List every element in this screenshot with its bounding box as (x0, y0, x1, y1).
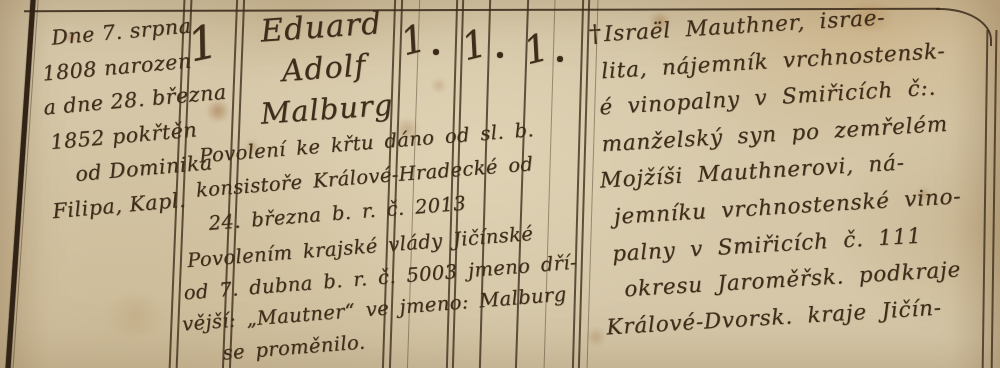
father-description: †Israël Mauthner, israe- lita, nájemník … (588, 0, 1000, 347)
parish-register-entry: Dne 7. srpna 1808 narozen a dne 28. břez… (0, 0, 1000, 368)
tally-dot (497, 52, 503, 58)
tally-dot (433, 49, 439, 55)
tally-dot (557, 56, 563, 62)
stain (585, 328, 607, 346)
tally-mark: 1 (457, 21, 491, 70)
stain (430, 78, 448, 93)
child-name: Eduard Adolf Malburg (226, 1, 422, 137)
deceased-cross-mark: † (588, 19, 602, 48)
stain (100, 295, 170, 335)
left-edge-rule-inner (12, 0, 39, 368)
left-edge-rule (5, 0, 36, 368)
